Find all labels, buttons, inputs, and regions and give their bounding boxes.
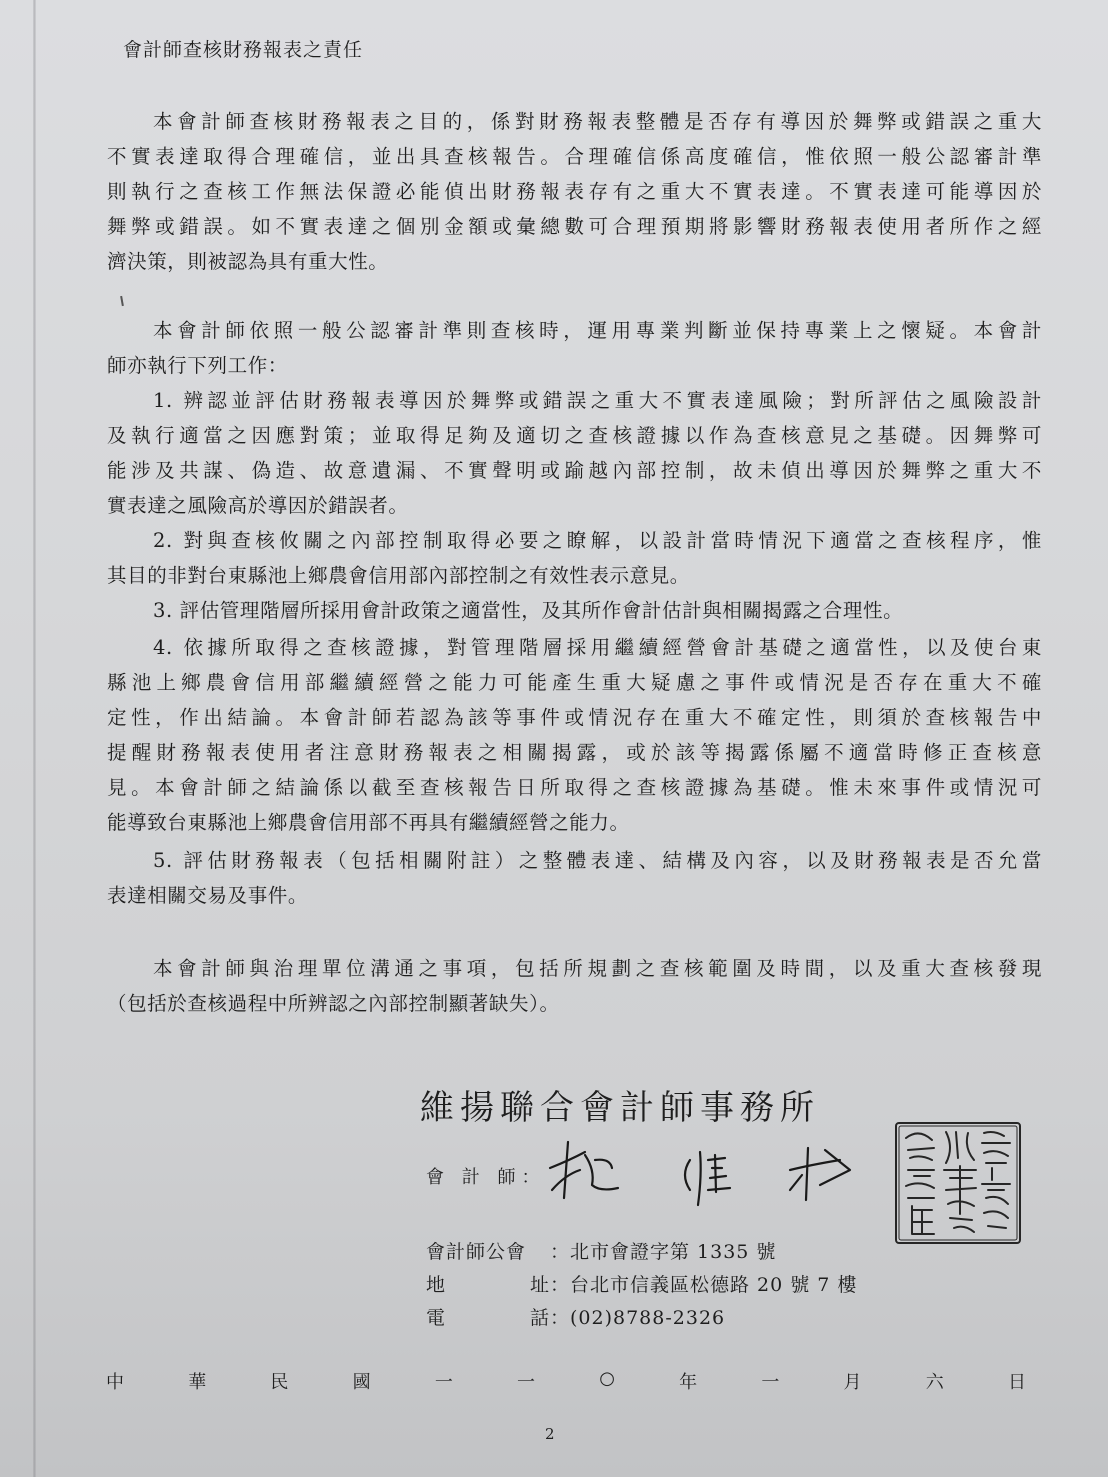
association-label: 會計師公會 (426, 1237, 550, 1264)
phone-value: ：(02)8788-2326 (550, 1307, 725, 1329)
phone-row: 電話：(02)8788-2326 (426, 1303, 725, 1330)
text-line: 1. 辨認並評估財務報表導因於舞弊或錯誤之重大不實表達風險；對所評估之風險設計 (107, 383, 1042, 418)
text-line: 4. 依據所取得之查核證據，對管理階層採用繼續經營會計基礎之適當性，以及使台東 (107, 630, 1042, 665)
text-line: 本會計師依照一般公認審計準則查核時，運用專業判斷並保持專業上之懷疑。本會計 (107, 313, 1042, 348)
address-label: 地址 (426, 1270, 550, 1297)
text-line: 及執行適當之因應對策；並取得足夠及適切之查核證據以作為查核意見之基礎。因舞弊可 (107, 418, 1042, 453)
date-char: 月 (844, 1368, 862, 1394)
handwritten-signature-icon (540, 1130, 900, 1210)
firm-name: 維揚聯合會計師事務所 (420, 1080, 820, 1129)
list-item-2: 2. 對與查核攸關之內部控制取得必要之瞭解，以設計當時情況下適當之查核程序，惟 … (107, 523, 1042, 593)
date-char: 一 (761, 1368, 779, 1394)
text-line: 不實表達取得合理確信，並出具查核報告。合理確信係高度確信，惟依照一般公認審計準 (107, 139, 1042, 174)
address-label-char: 址 (530, 1270, 550, 1297)
phone-label: 電話 (426, 1303, 550, 1330)
text-line: 2. 對與查核攸關之內部控制取得必要之瞭解，以設計當時情況下適當之查核程序，惟 (107, 523, 1042, 558)
paragraph-objective: 本會計師查核財務報表之目的，係對財務報表整體是否存有導因於舞弊或錯誤之重大 不實… (107, 104, 1042, 279)
page-number: 2 (545, 1425, 555, 1443)
address-label-char: 地 (426, 1270, 446, 1297)
text-line: 縣池上鄉農會信用部繼續經營之能力可能產生重大疑慮之事件或情況是否存在重大不確 (107, 665, 1042, 700)
association-row: 會計師公會：北市會證字第 1335 號 (426, 1237, 776, 1264)
text-line: 本會計師與治理單位溝通之事項，包括所規劃之查核範圍及時間，以及重大查核發現 (107, 951, 1042, 986)
phone-label-char: 電 (426, 1303, 446, 1330)
date-char: ○ (599, 1368, 615, 1394)
text-line: 3. 評估管理階層所採用會計政策之適當性，及其所作會計估計與相關揭露之合理性。 (107, 593, 1042, 628)
date-char: 年 (679, 1368, 697, 1394)
association-value: ：北市會證字第 1335 號 (550, 1241, 776, 1263)
text-line: （包括於查核過程中所辨認之內部控制顯著缺失）。 (107, 986, 1042, 1021)
section-title: 會計師查核財務報表之責任 (123, 35, 363, 62)
text-line: 師亦執行下列工作： (107, 348, 1042, 383)
text-line: 能導致台東縣池上鄉農會信用部不再具有繼續經營之能力。 (107, 805, 1042, 840)
text-line: 能涉及共謀、偽造、故意遺漏、不實聲明或踰越內部控制，故未偵出導因於舞弊之重大不 (107, 453, 1042, 488)
date-char: 民 (270, 1368, 288, 1394)
date-char: 一 (435, 1368, 453, 1394)
text-line: 實表達之風險高於導因於錯誤者。 (107, 488, 1042, 523)
list-item-1: 1. 辨認並評估財務報表導因於舞弊或錯誤之重大不實表達風險；對所評估之風險設計 … (107, 383, 1042, 523)
date-char: 日 (1008, 1368, 1026, 1394)
text-line: 本會計師查核財務報表之目的，係對財務報表整體是否存有導因於舞弊或錯誤之重大 (107, 104, 1042, 139)
date-char: 國 (353, 1368, 371, 1394)
paragraph-governance: 本會計師與治理單位溝通之事項，包括所規劃之查核範圍及時間，以及重大查核發現 （包… (107, 951, 1042, 1021)
text-line: 則執行之查核工作無法保證必能偵出財務報表存有之重大不實表達。不實表達可能導因於 (107, 174, 1042, 209)
paragraph-judgment: 本會計師依照一般公認審計準則查核時，運用專業判斷並保持專業上之懷疑。本會計 師亦… (107, 313, 1042, 383)
text-line: 見。本會計師之結論係以截至查核報告日所取得之查核證據為基礎。惟未來事件或情況可 (107, 770, 1042, 805)
address-row: 地址：台北市信義區松德路 20 號 7 樓 (426, 1270, 857, 1297)
phone-label-char: 話 (530, 1303, 550, 1330)
list-item-3: 3. 評估管理階層所採用會計政策之適當性，及其所作會計估計與相關揭露之合理性。 (107, 593, 1042, 628)
date-char: 六 (926, 1368, 944, 1394)
text-line: 5. 評估財務報表（包括相關附註）之整體表達、結構及內容，以及財務報表是否允當 (107, 843, 1042, 878)
date-char: 一 (517, 1368, 535, 1394)
text-line: 舞弊或錯誤。如不實表達之個別金額或彙總數可合理預期將影響財務報表使用者所作之經 (107, 209, 1042, 244)
text-line: 其目的非對台東縣池上鄉農會信用部內部控制之有效性表示意見。 (107, 558, 1042, 593)
text-line: 提醒財務報表使用者注意財務報表之相關揭露，或於該等揭露係屬不適當時修正查核意 (107, 735, 1042, 770)
text-line: 定性，作出結論。本會計師若認為該等事件或情況存在重大不確定性，則須於查核報告中 (107, 700, 1042, 735)
date-char: 華 (188, 1368, 206, 1394)
text-line: 表達相關交易及事件。 (107, 878, 1042, 913)
date-char: 中 (106, 1368, 124, 1394)
seal-stamp-icon (884, 1118, 1024, 1248)
text-line: 濟決策，則被認為具有重大性。 (107, 244, 1042, 279)
cpa-label: 會 計 師： (426, 1163, 545, 1189)
stray-mark (120, 296, 124, 306)
address-value: ：台北市信義區松德路 20 號 7 樓 (550, 1274, 857, 1296)
report-date: 中 華 民 國 一 一 ○ 年 一 月 六 日 (106, 1368, 1026, 1394)
list-item-5: 5. 評估財務報表（包括相關附註）之整體表達、結構及內容，以及財務報表是否允當 … (107, 843, 1042, 913)
page-edge-shadow (33, 0, 36, 1477)
list-item-4: 4. 依據所取得之查核證據，對管理階層採用繼續經營會計基礎之適當性，以及使台東 … (107, 630, 1042, 840)
